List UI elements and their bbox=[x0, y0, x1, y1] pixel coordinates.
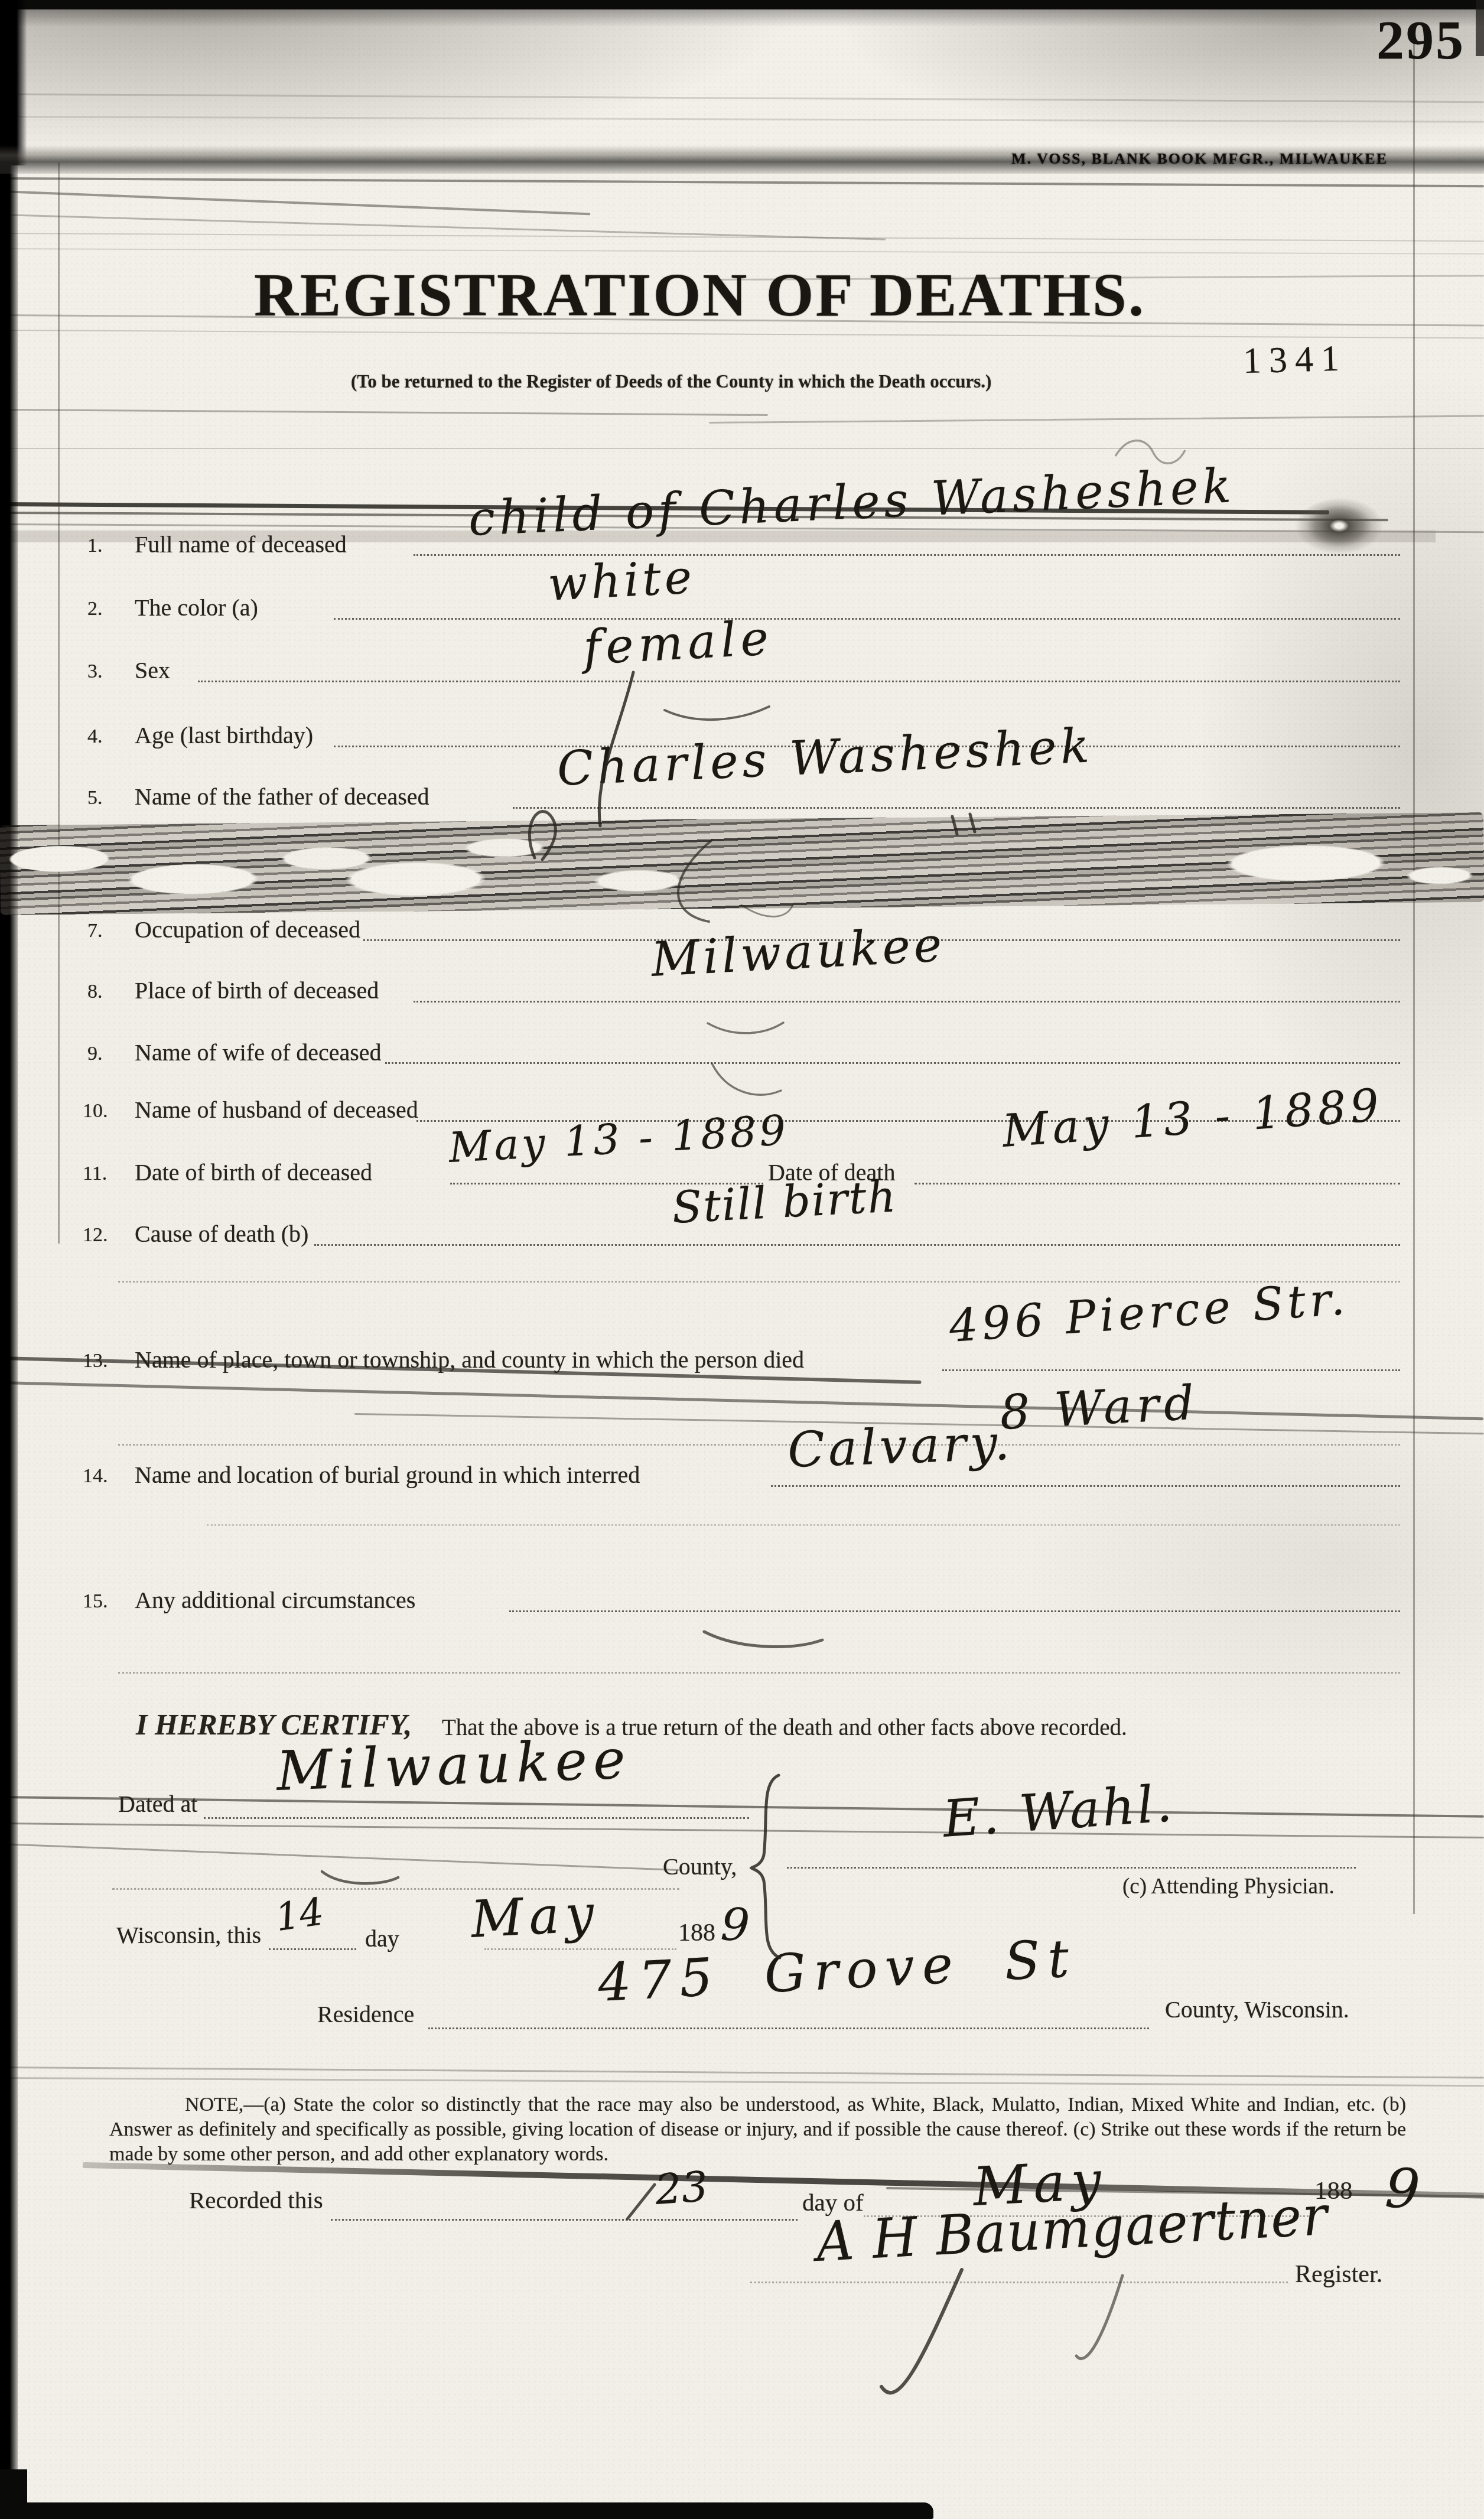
pen-flourishes bbox=[0, 0, 1484, 2519]
death-registration-scan: 295 M. VOSS, BLANK BOOK MFGR., MILWAUKEE… bbox=[0, 0, 1484, 2519]
